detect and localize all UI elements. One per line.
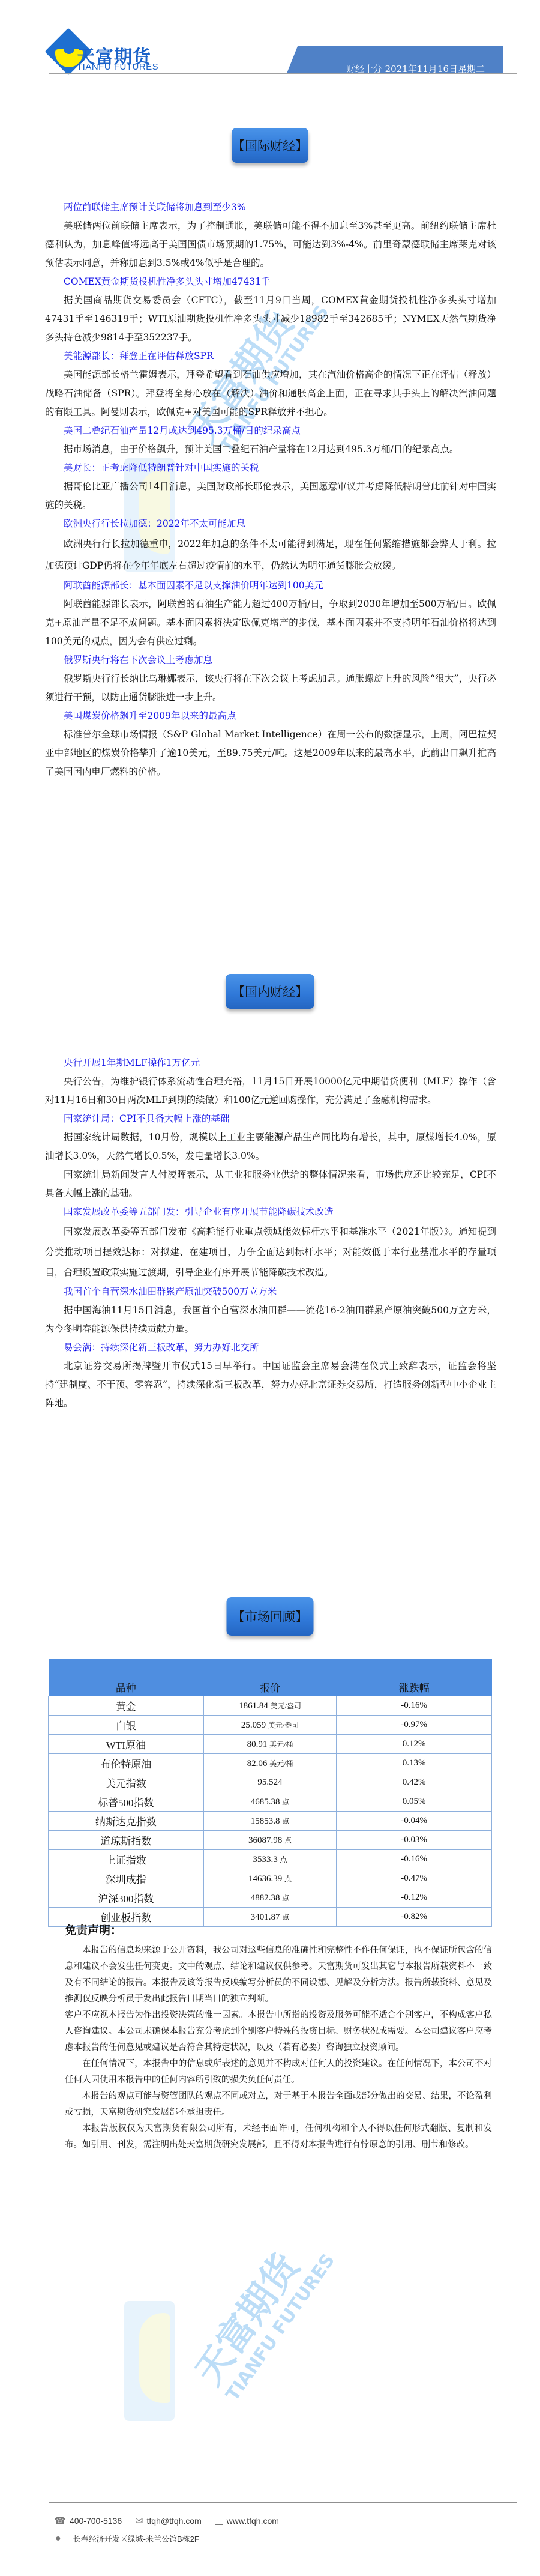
cell-price: 4685.38 点 [203,1792,337,1812]
price-value: 3401.87 [251,1912,280,1922]
header-divider [49,73,517,74]
cell-change: 0.13% [337,1754,492,1773]
disclaimer-paragraph: 在任何情况下，本报告中的信息或所表述的意见并不构成对任何人的投资建议。在任何情况… [65,2056,492,2088]
watermark-logo-shape [139,2313,170,2403]
price-unit: 美元/盎司 [271,1702,301,1710]
cell-price: 36087.98 点 [203,1831,337,1850]
footer-contact-row: ☎ 400-700-5136 ✉ tfqh@tfqh.com www.tfqh.… [54,2515,279,2527]
cell-change: -0.16% [337,1696,492,1716]
news-headline: 易会满：持续深化新三板改革，努力办好北交所 [45,1338,496,1357]
table-row: 深圳成指14636.39 点-0.47% [49,1869,492,1888]
disclaimer-paragraph: 本报告版权仅为天富期货有限公司所有，未经书面许可，任何机构和个人不得以任何形式翻… [65,2121,492,2153]
news-body: 俄罗斯央行行长纳比乌琳娜表示，该央行将在下次会议上考虑加息。通胀螺旋上升的风险“… [45,670,496,707]
news-body: 据中国海油11月15日消息，我国首个自营深水油田群——流花16-2油田群累产原油… [45,1301,496,1338]
table-row: 美元指数95.524 0.42% [49,1773,492,1792]
price-unit: 点 [282,1913,289,1921]
news-headline: 阿联酋能源部长：基本面因素不足以支撑油价明年达到100美元 [45,576,496,595]
news-headline: 美能源部长：拜登正在评估释放SPR [45,347,496,366]
news-headline: 美财长：正考虑降低特朗普针对中国实施的关税 [45,459,496,477]
news-headline: COMEX黄金期货投机性净多头头寸增加47431手 [45,273,496,291]
disclaimer-title: 免责声明： [65,1921,122,1938]
footer-phone: 400-700-5136 [70,2516,122,2526]
table-row: WTI原油80.91 美元/桶0.12% [49,1735,492,1754]
price-value: 36087.98 [248,1836,282,1845]
footer-address: 长春经济开发区绿城-米兰公馆B栋2F [73,2533,199,2544]
price-unit: 点 [282,1894,289,1902]
news-headline: 国家发展改革委等五部门发：引导企业有序开展节能降碳技术改造 [45,1203,496,1221]
cell-price: 14636.39 点 [203,1869,337,1888]
cell-price: 1861.84 美元/盎司 [203,1696,337,1716]
cell-change: -0.16% [337,1850,492,1869]
phone-icon: ☎ [54,2515,66,2527]
cell-change: 0.12% [337,1735,492,1754]
cell-price: 3533.3 点 [203,1850,337,1869]
monitor-icon [215,2517,223,2525]
cell-name: 上证指数 [49,1850,204,1869]
cell-change: -0.97% [337,1716,492,1735]
cell-name: 深圳成指 [49,1869,204,1888]
cell-name: 布伦特原油 [49,1754,204,1773]
news-body: 北京证券交易所揭牌暨开市仪式15日早举行。中国证监会主席易会满在仪式上致辞表示，… [45,1357,496,1413]
price-value: 80.91 [247,1740,268,1749]
report-page: 天富期货 TIANFU FUTURES 财经十分 2021年11月16日星期二 … [0,0,540,2576]
price-value: 1861.84 [239,1701,268,1711]
price-value: 4685.38 [251,1797,280,1807]
market-review-table: 品种 报价 涨跌幅 黄金1861.84 美元/盎司-0.16% 白银25.059… [48,1659,492,1927]
news-body: 据市场消息，由于价格飙升，预计美国二叠纪石油产量将在12月达到495.3万桶/日… [45,440,496,459]
footer-website[interactable]: www.tfqh.com [227,2516,279,2526]
disclaimer-body: 本报告的信息均来源于公开资料，我公司对这些信息的准确性和完整性不作任何保证，也不… [65,1943,492,2153]
price-unit: 美元/盎司 [268,1721,299,1729]
price-unit: 美元/桶 [269,1740,293,1749]
news-headline: 央行开展1年期MLF操作1万亿元 [45,1054,496,1072]
cell-price: 25.059 美元/盎司 [203,1716,337,1735]
cell-price: 95.524 [203,1773,337,1792]
news-body: 欧洲央行行长拉加德重申，2022年加息的条件不太可能得到满足，现在任何紧缩措施都… [45,533,496,576]
news-body: 阿联酋能源部长表示，阿联酋的石油生产能力超过400万桶/日，争取到2030年增加… [45,595,496,651]
watermark-text-cn: 天富期货 [180,2241,309,2393]
table-row: 黄金1861.84 美元/盎司-0.16% [49,1696,492,1716]
domestic-news: 央行开展1年期MLF操作1万亿元 央行公告，为维护银行体系流动性合理充裕，11月… [45,1054,496,1413]
news-body: 美国能源部长格兰霍姆表示，拜登希望看到石油供应增加，其在汽油价格高企的情况下正在… [45,366,496,422]
cell-change: 0.05% [337,1792,492,1812]
col-header-price: 报价 [203,1659,337,1696]
col-header-change: 涨跌幅 [337,1659,492,1696]
disclaimer-paragraph: 本报告的信息均来源于公开资料，我公司对这些信息的准确性和完整性不作任何保证，也不… [65,1943,492,2007]
disclaimer-paragraph: 本报告的观点可能与资管团队的观点不同或对立，对于基于本报告全面或部分做出的交易、… [65,2088,492,2121]
date-banner: 财经十分 2021年11月16日星期二 [287,46,503,73]
table-row: 白银25.059 美元/盎司-0.97% [49,1716,492,1735]
price-value: 3533.3 [253,1855,277,1864]
table-row: 标普500指数4685.38 点0.05% [49,1792,492,1812]
news-headline: 欧洲央行行长拉加德：2022年不太可能加息 [45,515,496,533]
price-value: 82.06 [247,1759,268,1768]
news-body: 据美国商品期货交易委员会（CFTC），截至11月9日当周，COMEX黄金期货投机… [45,291,496,347]
cell-name: 美元指数 [49,1773,204,1792]
table-row: 道琼斯指数36087.98 点-0.03% [49,1831,492,1850]
cell-name: 黄金 [49,1696,204,1716]
news-body: 国家发展改革委等五部门发布《高耗能行业重点领域能效标杆水平和基准水平（2021年… [45,1221,496,1283]
price-unit: 点 [280,1855,287,1864]
disclaimer-paragraph: 客户不应视本报告为作出投资决策的惟一因素。本报告中所指的投资及服务可能不适合个别… [65,2007,492,2056]
cell-price: 82.06 美元/桶 [203,1754,337,1773]
section-header-market: 【市场回顾】 [227,1597,314,1636]
news-headline: 我国首个自营深水油田群累产原油突破500万立方米 [45,1283,496,1301]
news-body: 美联储两位前联储主席表示，为了控制通胀，美联储可能不得不加息至3%甚至更高。前纽… [45,217,496,273]
table-header-row: 品种 报价 涨跌幅 [49,1659,492,1696]
news-body: 据哥伦比亚广播公司14日消息，美国财政部长耶伦表示，美国愿意审议并考虑降低特朗普… [45,477,496,515]
footer-divider [49,2502,517,2503]
cell-name: 标普500指数 [49,1792,204,1812]
section-header-domestic: 【国内财经】 [226,974,314,1009]
price-unit: 点 [282,1817,289,1825]
table-row: 上证指数3533.3 点-0.16% [49,1850,492,1869]
footer-email[interactable]: tfqh@tfqh.com [147,2516,202,2526]
price-value: 15853.8 [251,1816,280,1826]
cell-price: 80.91 美元/桶 [203,1735,337,1754]
news-body: 央行公告，为维护银行体系流动性合理充裕，11月15日开展10000亿元中期借贷便… [45,1072,496,1110]
cell-name: 纳斯达克指数 [49,1812,204,1831]
cell-price: 3401.87 点 [203,1908,337,1927]
cell-change: -0.12% [337,1888,492,1908]
section-header-international: 【国际财经】 [232,128,308,163]
news-headline: 两位前联储主席预计美联储将加息到至少3% [45,198,496,217]
col-header-name: 品种 [49,1659,204,1696]
cell-name: 白银 [49,1716,204,1735]
international-news: 两位前联储主席预计美联储将加息到至少3% 美联储两位前联储主席表示，为了控制通胀… [45,198,496,781]
table-row: 纳斯达克指数15853.8 点-0.04% [49,1812,492,1831]
table-row: 布伦特原油82.06 美元/桶0.13% [49,1754,492,1773]
price-unit: 点 [284,1836,292,1845]
news-body: 据国家统计局数据，10月份，规模以上工业主要能源产品生产同比均有增长，其中，原煤… [45,1128,496,1166]
news-headline: 美国煤炭价格飙升至2009年以来的最高点 [45,707,496,725]
cell-change: -0.82% [337,1908,492,1927]
cell-name: WTI原油 [49,1735,204,1754]
cell-change: 0.42% [337,1773,492,1792]
watermark-text-en: TIANFU FUTURES [222,2250,339,2405]
cell-change: -0.04% [337,1812,492,1831]
news-body: 国家统计局新闻发言人付凌晖表示，从工业和服务业供给的整体情况来看，市场供应还比较… [45,1166,496,1203]
price-unit: 美元/桶 [269,1759,293,1768]
news-body: 标准普尔全球市场情报（S&P Global Market Intelligenc… [45,725,496,781]
news-headline: 美国二叠纪石油产量12月或达到495.3万桶/日的纪录高点 [45,422,496,440]
price-unit: 点 [282,1798,289,1806]
news-headline: 国家统计局：CPI不具备大幅上涨的基础 [45,1110,496,1128]
price-unit: 点 [284,1875,292,1883]
price-value: 14636.39 [248,1874,282,1884]
cell-name: 沪深300指数 [49,1888,204,1908]
cell-change: -0.47% [337,1869,492,1888]
price-value: 95.524 [257,1777,282,1787]
watermark-logo-box [124,2301,175,2421]
cell-price: 15853.8 点 [203,1812,337,1831]
cell-name: 道琼斯指数 [49,1831,204,1850]
cell-price: 4882.38 点 [203,1888,337,1908]
mail-icon: ✉ [135,2515,143,2527]
logo-text-en: TIANFU FUTURES [77,62,158,72]
table-row: 沪深300指数4882.38 点-0.12% [49,1888,492,1908]
news-headline: 俄罗斯央行将在下次会议上考虑加息 [45,651,496,670]
price-value: 4882.38 [251,1893,280,1903]
cell-change: -0.03% [337,1831,492,1850]
price-value: 25.059 [241,1720,266,1730]
footer-address-row: ● 长春经济开发区绿城-米兰公馆B栋2F [55,2533,199,2544]
map-pin-icon: ● [55,2533,61,2544]
